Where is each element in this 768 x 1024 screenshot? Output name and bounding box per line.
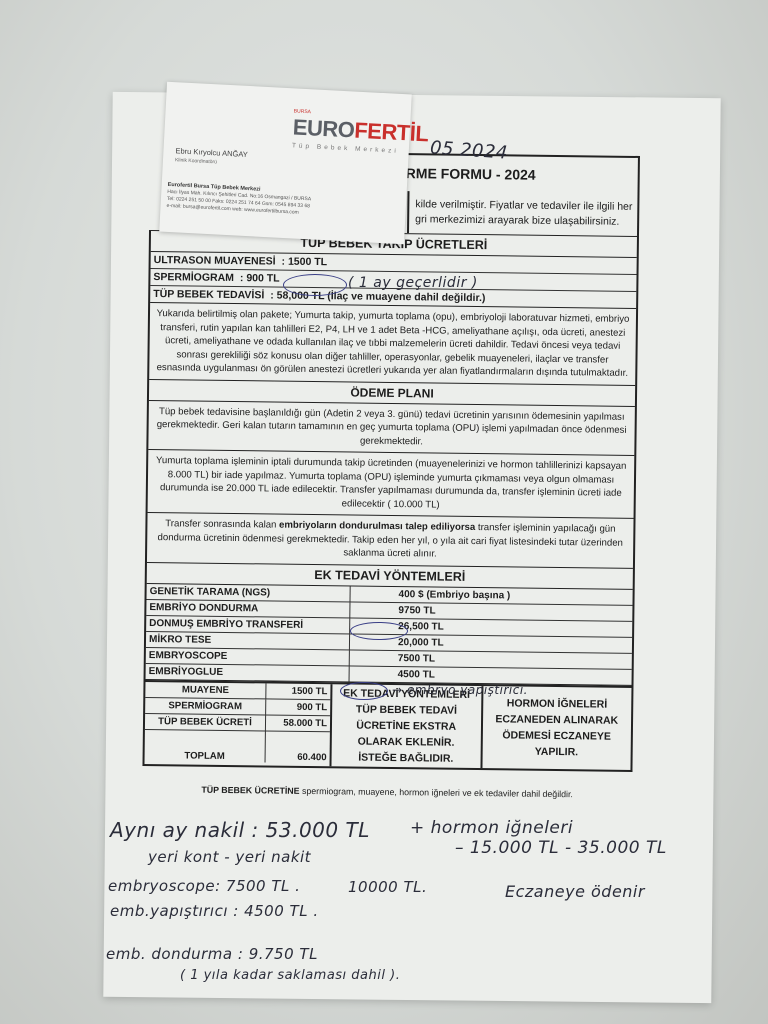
handwritten-line-9: ( 1 yıla kadar saklaması dahil ). — [180, 968, 400, 983]
handwritten-line-6b: 10000 TL. — [348, 878, 427, 896]
card-address: Eurofertil Bursa Tüp Bebek Merkezi Hacı … — [166, 182, 311, 217]
card-person-role: Klinik Koordinatörü — [175, 157, 217, 165]
package-text: Yukarıda belirtilmiş olan pakete; Yumurt… — [149, 303, 636, 385]
form-title: RME FORMU - 2024 — [390, 153, 640, 194]
handwritten-line-8: emb. dondurma : 9.750 TL — [106, 945, 318, 963]
hormone-note: HORMON İĞNELERİ ECZANEDEN ALINARAK ÖDEME… — [480, 686, 631, 770]
summary-table: MUAYENE1500 TL SPERMİOGRAM900 TL TÜP BEB… — [145, 681, 333, 765]
summary-block: MUAYENE1500 TL SPERMİOGRAM900 TL TÜP BEB… — [142, 681, 633, 771]
dondurma-circle — [350, 622, 408, 640]
ultrason-circle — [283, 274, 347, 296]
business-card: BURSA EUROFERTİL Tüp Bebek Merkezi Ebru … — [159, 82, 412, 245]
form-intro: kilde verilmiştir. Fiyatlar ve tedaviler… — [407, 191, 639, 236]
embryoglue-circle — [340, 682, 388, 700]
handwritten-line-2: yeri kont - yeri nakit — [148, 848, 311, 866]
price-form: RME FORMU - 2024 kilde verilmiştir. Fiya… — [142, 150, 640, 799]
summary-total-row: TOPLAM60.400 — [145, 729, 330, 765]
handwritten-ultrason-note: ( 1 ay geçerlidir ) — [348, 275, 478, 291]
odeme-p3: Transfer sonrasında kalan embriyoların d… — [147, 513, 634, 568]
handwritten-line-3: + hormon iğneleri — [410, 818, 573, 838]
handwritten-line-5: Eczaneye ödenir — [505, 882, 645, 901]
handwritten-line-6: embryoscope: 7500 TL . — [108, 877, 300, 895]
handwritten-embryoglue-note: → embryo yapıştırıcı. — [392, 683, 528, 697]
odeme-p2: Yumurta toplama işleminin iptali durumun… — [148, 450, 635, 519]
handwritten-line-4: – 15.000 TL - 35.000 TL — [455, 838, 667, 858]
odeme-p1: Tüp bebek tedavisine başlanıldığı gün (A… — [148, 401, 635, 456]
handwritten-line-7: emb.yapıştırıcı : 4500 TL . — [110, 902, 319, 920]
takip-section: TÜP BEBEK TAKİP ÜCRETLERİ ULTRASON MUAYE… — [144, 230, 639, 687]
handwritten-line-1: Aynı ay nakil : 53.000 TL — [110, 818, 370, 842]
